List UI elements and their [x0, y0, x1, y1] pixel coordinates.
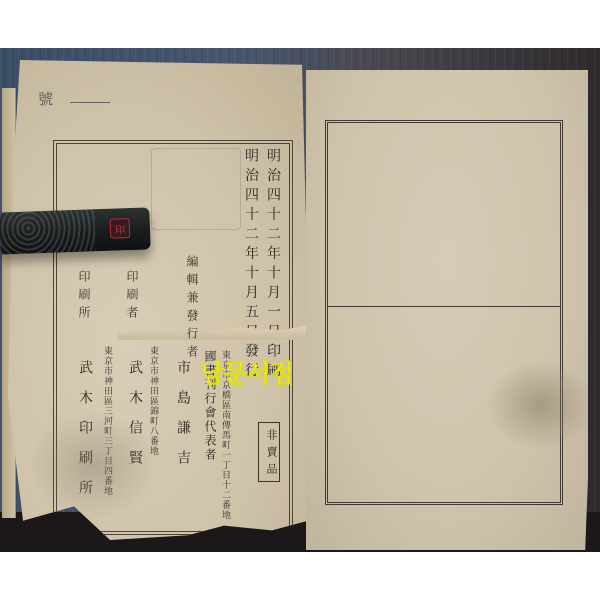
pen-carved-texture [0, 209, 96, 254]
shop-watermark: 남문서점 [200, 354, 293, 390]
book-photo: 號 明治四十二年十月一日印刷 明治四十二年十月五日發行 非賣品 編輯兼發行者 東… [0, 48, 600, 552]
printer-role: 印刷者 [126, 270, 138, 324]
pencil-mark [151, 148, 241, 230]
water-stain [28, 410, 158, 520]
print-date: 明治四十二年十月一日印刷 [266, 148, 280, 382]
print-shop-role: 印刷所 [78, 270, 90, 324]
publish-date: 明治四十二年十月五日發行 [244, 148, 258, 382]
frame-divider-line [327, 306, 561, 307]
price-label: 非賣品 [263, 429, 279, 480]
editor-publisher-role: 編輯兼發行者 [186, 255, 198, 363]
left-page-colophon: 號 明治四十二年十月一日印刷 明治四十二年十月五日發行 非賣品 編輯兼發行者 東… [8, 60, 308, 540]
water-stain [486, 360, 596, 450]
corner-mark: 號 [38, 88, 51, 109]
corner-mark-line [70, 102, 110, 103]
right-page-blank [306, 70, 588, 550]
price-box: 非賣品 [258, 422, 280, 482]
editor-publisher-name: 市島謙吉 [176, 360, 190, 480]
red-seal-stamp-icon: 印 [110, 218, 131, 239]
seal-pen: 印 [0, 207, 151, 254]
